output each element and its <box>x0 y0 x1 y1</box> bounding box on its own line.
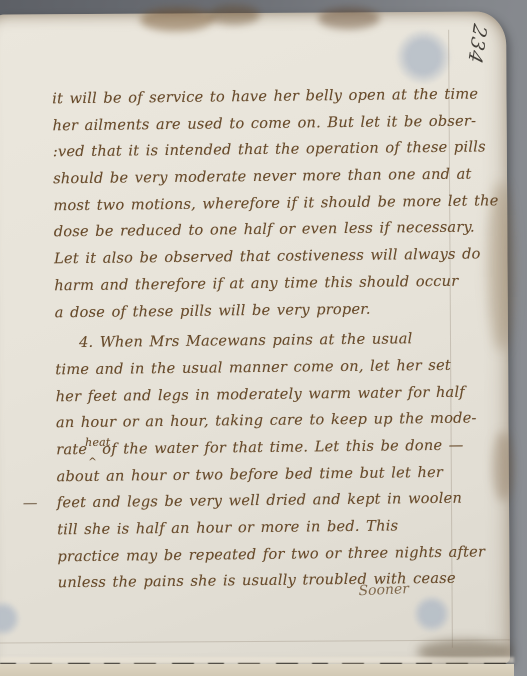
interline-insertion: heat^ <box>87 453 102 454</box>
burn-stain <box>318 7 380 29</box>
manuscript-lines: it will be of service to have her belly … <box>52 82 478 598</box>
manuscript-line: a dose of these pills will be very prope… <box>55 295 475 326</box>
margin-dash: — <box>23 491 38 518</box>
folio-number: 234 <box>466 22 491 52</box>
catchword: Sooner <box>358 581 409 599</box>
edge-toning <box>493 431 513 501</box>
manuscript-line: unless the pains she is usually troubled… <box>58 566 478 597</box>
wafer-seal-smudge <box>413 595 451 633</box>
burn-stain <box>140 7 214 31</box>
wafer-seal-smudge <box>0 600 21 636</box>
underlying-page-edge <box>0 664 514 676</box>
manuscript-page: 234 it will be of service to have her be… <box>0 11 510 666</box>
wafer-seal-smudge <box>395 29 451 85</box>
photograph-background: 234 it will be of service to have her be… <box>0 0 527 676</box>
burn-stain <box>208 5 260 25</box>
